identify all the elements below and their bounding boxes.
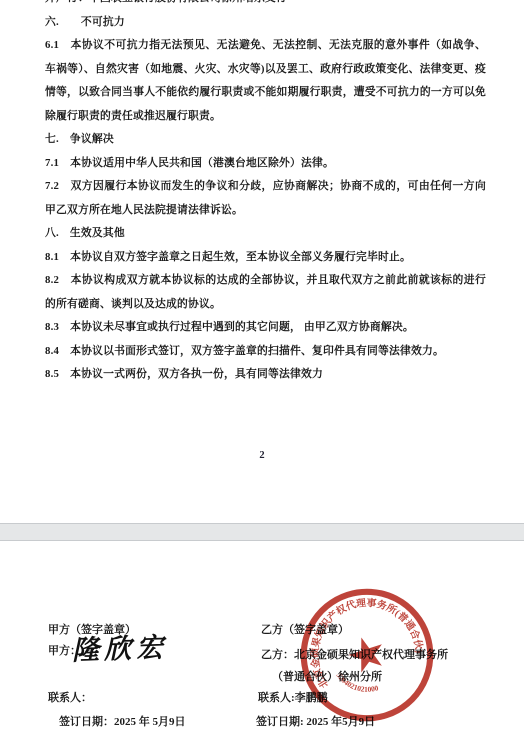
page-number: 2: [0, 450, 524, 461]
party-b-name-block: 乙方：北京金硕果知识产权代理事务所 （普通合伙）徐州分所: [261, 645, 448, 688]
contract-body: 开户行：中国农业银行股份有限公司徐州培乐支行 六. 不可抗力 6.1 本协议不可…: [45, 0, 486, 387]
party-a-handwritten-signature: 隆欣宏: [71, 625, 168, 667]
section-effective-heading: 八. 生效及其他: [45, 222, 486, 246]
bank-account-line: 开户行：中国农业银行股份有限公司徐州培乐支行: [45, 0, 486, 11]
document-viewer: 开户行：中国农业银行股份有限公司徐州培乐支行 六. 不可抗力 6.1 本协议不可…: [0, 0, 524, 746]
party-a-contact-label: 联系人：: [48, 689, 92, 705]
party-b-sign-date: 签订日期: 2025 年5月9日: [256, 713, 375, 729]
clause-8-2: 8.2 本协议构成双方就本协议标的达成的全部协议，并且取代双方之前此前就该标的进…: [45, 269, 486, 316]
clause-6-1: 6.1 本协议不可抗力指无法预见、无法避免、无法控制、无法克服的意外事件（如战争…: [45, 34, 486, 128]
clause-8-3: 8.3 本协议未尽事宜或执行过程中遇到的其它问题， 由甲乙双方协商解决。: [45, 316, 486, 340]
page-separator: [0, 523, 524, 541]
clause-7-2: 7.2 双方因履行本协议而发生的争议和分歧，应协商解决；协商不成的，可由任何一方…: [45, 175, 486, 222]
party-b-company-branch: （普通合伙）徐州分所: [272, 667, 448, 689]
party-b-name-label: 乙方：: [261, 649, 294, 661]
party-a-sign-date: 签订日期：2025 年 5月9日: [59, 713, 186, 729]
party-b-header: 乙方（签字盖章）: [261, 621, 349, 637]
party-b-contact: 联系人:李鹏鹏: [258, 689, 328, 705]
clause-7-1: 7.1 本协议适用中华人民共和国（港澳台地区除外）法律。: [45, 152, 486, 176]
section-force-majeure-heading: 六. 不可抗力: [45, 11, 486, 35]
clause-8-1: 8.1 本协议自双方签字盖章之日起生效，至本协议全部义务履行完毕时止。: [45, 246, 486, 270]
clause-8-4: 8.4 本协议以书面形式签订，双方签字盖章的扫描件、复印件具有同等法律效力。: [45, 340, 486, 364]
section-dispute-heading: 七. 争议解决: [45, 128, 486, 152]
contract-signature-page: 甲方（签字盖章） 甲方： 隆欣宏 联系人： 签订日期：2025 年 5月9日 乙…: [0, 541, 524, 746]
clause-8-5: 8.5 本协议一式两份，双方各执一份，具有同等法律效力: [45, 363, 486, 387]
contract-clauses-page: 开户行：中国农业银行股份有限公司徐州培乐支行 六. 不可抗力 6.1 本协议不可…: [0, 0, 524, 523]
party-b-company-name: 北京金硕果知识产权代理事务所: [294, 649, 448, 661]
